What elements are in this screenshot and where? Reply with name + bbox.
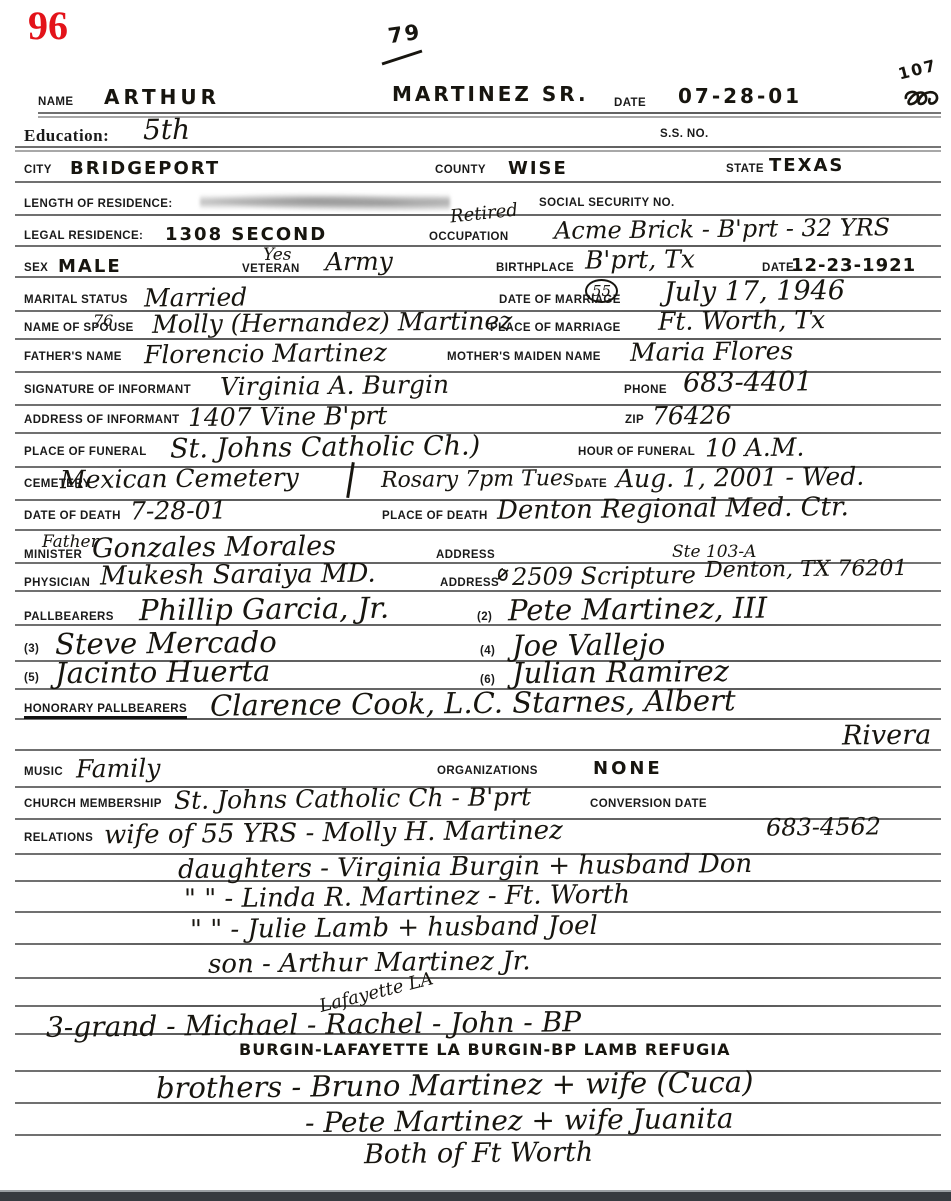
occupation-value: Acme Brick - B'prt - 32 YRS [554,213,890,245]
name-label: NAME [38,96,73,108]
spouse-label: NAME OF SPOUSE [24,322,134,334]
sex-label: SEX [24,262,48,274]
rosary-note: Rosary 7pm Tues [381,466,575,493]
music-value: Family [76,754,161,784]
red-index-number: 96 [28,2,68,49]
mothers-maiden-name-value: Maria Flores [630,336,794,367]
ruled-line [15,146,941,148]
county-label: COUNTY [435,164,486,176]
education-label: Education: [24,126,109,146]
physician-label: PHYSICIAN [24,577,90,589]
ruled-line [15,977,941,979]
marital-status-label: MARITAL STATUS [24,294,128,306]
length-of-residence-label: LENGTH OF RESIDENCE: [24,198,173,210]
informant-address-value: 1407 Vine B'prt [188,401,388,432]
physician-address1-value: 2509 Scripture [512,561,696,591]
pallbearer-6-number: (6) [480,674,495,686]
birthplace-value: B'prt, Tx [585,244,695,274]
legal-residence-label: LEGAL RESIDENCE: [24,230,143,242]
state-label: STATE [726,163,764,175]
pallbearer-4-number: (4) [480,645,495,657]
legal-residence-value: 1308 SECOND [165,224,327,245]
date-of-death-label: DATE OF DEATH [24,510,121,522]
pallbearer-3-number: (3) [24,643,39,655]
education-value: 5th [143,113,190,146]
marital-status-value: Married [144,282,248,312]
music-label: MUSIC [24,766,63,778]
relations-line2: daughters - Virginia Burgin + husband Do… [178,849,753,885]
honorary-pallbearers-line1: Clarence Cook, L.C. Starnes, Albert [210,683,736,723]
birth-date-label: DATE [762,262,794,274]
corner-scribble [902,85,942,111]
birth-date-value: 12-23-1921 [791,255,916,276]
name-date-label: DATE [614,97,646,109]
honorary-pallbearers-line2: Rivera [842,720,932,752]
county-value: WISE [508,158,568,179]
conversion-date-label: CONVERSION DATE [590,798,707,810]
physician-address-label: ADDRESS [440,577,499,589]
corner-note: 107 [896,56,939,84]
veteran-value: Army [325,247,393,277]
honorary-pallbearers-label: HONORARY PALLBEARERS [24,703,187,719]
cemetery-value: Mexican Cemetery [60,463,299,494]
hour-of-funeral-label: HOUR OF FUNERAL [578,446,695,458]
relations-label: RELATIONS [24,832,93,844]
relations-line8: brothers - Bruno Martinez + wife (Cuca) [156,1065,754,1105]
place-of-marriage-value: Ft. Worth, Tx [658,305,825,336]
fathers-name-value: Florencio Martinez [144,338,387,370]
pallbearer-2: Pete Martinez, III [508,591,767,628]
city-label: CITY [24,164,52,176]
cemetery-date-value: Aug. 1, 2001 - Wed. [616,462,865,494]
relations-line9: - Pete Martinez + wife Juanita [305,1102,734,1139]
place-of-death-value: Denton Regional Med. Ctr. [497,492,849,526]
cemetery-date-label: DATE [575,478,607,490]
scan-edge-bar [0,1190,951,1201]
marriage-years-note: 55 [585,279,618,303]
mothers-maiden-name-label: MOTHER'S MAIDEN NAME [447,351,601,363]
minister-label: MINISTER [24,549,82,561]
name-first-value: ARTHUR [104,85,220,109]
ruled-line [15,529,941,531]
address-scribble [495,567,511,583]
erased-smudge [200,193,450,211]
place-of-funeral-value: St. Johns Catholic Ch.) [170,430,481,464]
occupation-retired-note: Retired [449,200,519,228]
relations-line3: " " - Linda R. Martinez - Ft. Worth [184,880,630,915]
spouse-value: Molly (Hernandez) Martinez [152,306,513,339]
physician-address2-value: Denton, TX 76201 [705,556,908,583]
date-of-marriage-value: July 17, 1946 [664,275,845,308]
pallbearer-5: Jacinto Huerta [55,654,271,690]
pallbearer-5-number: (5) [24,672,39,684]
ruled-line [15,943,941,945]
phone-value: 683-4401 [683,366,813,398]
ruled-line [15,404,941,406]
name-last-value: MARTINEZ SR. [392,82,589,106]
informant-signature-value: Virginia A. Burgin [220,370,449,401]
date-of-death-value: 7-28-01 [130,495,227,525]
veteran-label: VETERAN [242,263,300,275]
church-membership-label: CHURCH MEMBERSHIP [24,798,162,810]
relations-line6: 3-grand - Michael - Rachel - John - BP [46,1005,581,1044]
organizations-label: ORGANIZATIONS [437,765,538,777]
physician-value: Mukesh Saraiya MD. [100,559,376,592]
informant-signature-label: SIGNATURE OF INFORMANT [24,384,191,396]
relations-line4: " " - Julie Lamb + husband Joel [190,911,598,945]
fathers-name-label: FATHER'S NAME [24,351,122,363]
birthplace-label: BIRTHPLACE [496,262,574,274]
ruled-line [15,245,941,247]
zip-label: ZIP [625,414,644,426]
minister-address-label: ADDRESS [436,549,495,561]
name-date-value: 07-28-01 [678,84,802,108]
ruled-line [15,749,941,751]
relations-line5: son - Arthur Martinez Jr. [208,946,531,979]
relations-line1-phone: 683-4562 [766,812,881,841]
organizations-value: NONE [593,758,663,779]
phone-label: PHONE [624,384,667,396]
zip-value: 76426 [652,401,732,431]
occupation-label: OCCUPATION [429,231,509,243]
pallbearer-1: Phillip Garcia, Jr. [139,591,389,628]
pallbearers-label: PALLBEARERS [24,611,114,623]
relations-line10: Both of Ft Worth [364,1137,594,1170]
ssn-label: S.S. NO. [660,128,709,140]
social-security-label: SOCIAL SECURITY NO. [539,197,675,209]
church-membership-value: St. Johns Catholic Ch - B'prt [174,782,531,815]
city-value: BRIDGEPORT [70,158,220,179]
informant-address-label: ADDRESS OF INFORMANT [24,414,180,426]
relations-line1: wife of 55 YRS - Molly H. Martinez [104,816,563,851]
hour-of-funeral-value: 10 A.M. [705,432,805,462]
pallbearer-2-number: (2) [477,611,492,623]
page-number-underline [382,50,423,66]
place-of-funeral-label: PLACE OF FUNERAL [24,446,147,458]
funeral-record-sheet: 96 79 107 NAME ARTHUR MARTINEZ SR. DATE … [0,0,951,1201]
veteran-yes-note: Yes [263,245,292,265]
state-value: TEXAS [769,155,844,176]
place-of-marriage-label: PLACE OF MARRIAGE [490,322,621,334]
sex-value: MALE [58,256,122,277]
ruled-line [15,181,941,183]
page-number: 79 [386,20,422,48]
relations-line7: BURGIN-LAFAYETTE LA BURGIN-BP LAMB REFUG… [239,1040,731,1059]
place-of-death-label: PLACE OF DEATH [382,510,488,522]
